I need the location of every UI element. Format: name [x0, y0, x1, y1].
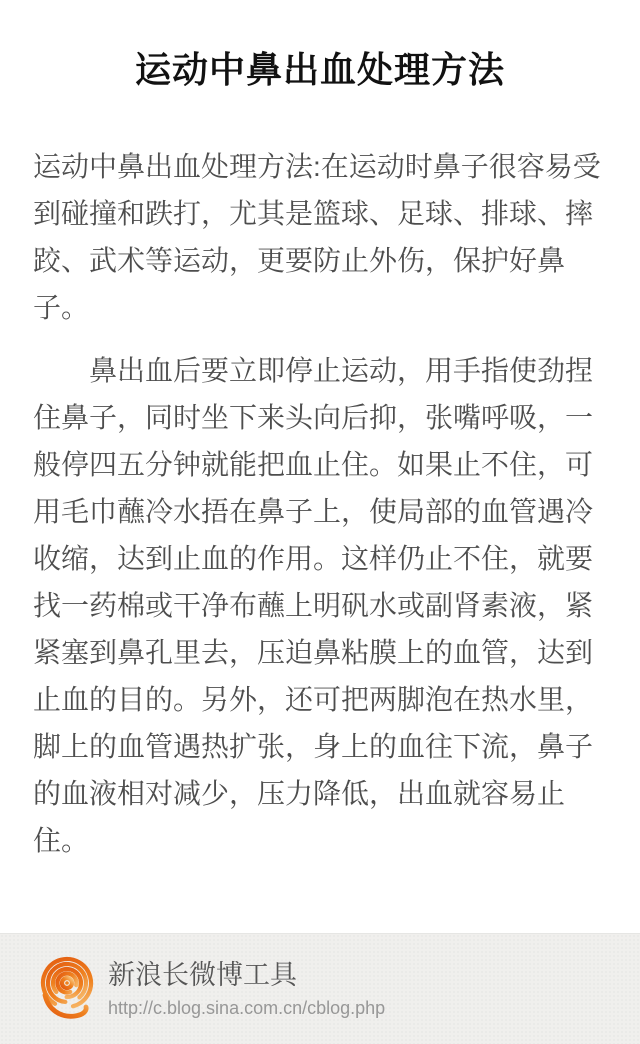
footer-bar: 新浪长微博工具 http://c.blog.sina.com.cn/cblog.… — [0, 933, 640, 1044]
footer-brand-name: 新浪长微博工具 — [108, 960, 385, 990]
footer-text-block: 新浪长微博工具 http://c.blog.sina.com.cn/cblog.… — [108, 960, 385, 1019]
page-title: 运动中鼻出血处理方法 — [0, 0, 640, 90]
paragraph-method: 鼻出血后要立即停止运动，用手指使劲捏住鼻子，同时坐下来头向后抑，张嘴呼吸，一般停… — [33, 347, 607, 864]
article-body: 运动中鼻出血处理方法:在运动时鼻子很容易受到碰撞和跌打，尤其是篮球、足球、排球、… — [33, 143, 607, 864]
footer-url: http://c.blog.sina.com.cn/cblog.php — [108, 997, 385, 1019]
fingerprint-spiral-icon — [36, 955, 98, 1023]
paragraph-intro: 运动中鼻出血处理方法:在运动时鼻子很容易受到碰撞和跌打，尤其是篮球、足球、排球、… — [33, 143, 607, 331]
